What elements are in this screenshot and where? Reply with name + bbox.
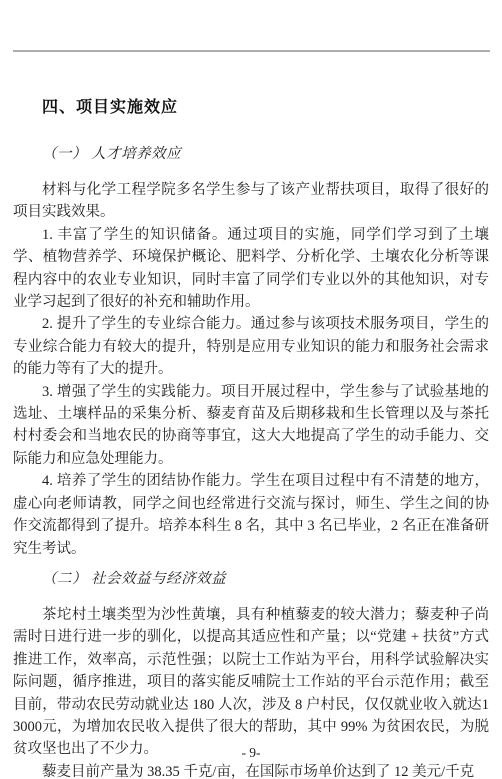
section-talent-effects: （一） 人才培养效应 材料与化学工程学院多名学生参与了该产业帮扶项目，取得了很好…	[13, 145, 489, 560]
paragraph-point-3: 3. 增强了学生的实践能力。项目开展过程中，学生参与了试验基地的选址、土壤样品的…	[13, 381, 489, 471]
document-body: 四、项目实施效应 （一） 人才培养效应 材料与化学工程学院多名学生参与了该产业帮…	[13, 97, 489, 779]
document-page: 四、项目实施效应 （一） 人才培养效应 材料与化学工程学院多名学生参与了该产业帮…	[0, 0, 502, 779]
paragraph-intro: 材料与化学工程学院多名学生参与了该产业帮扶项目，取得了很好的项目实践效果。	[13, 179, 489, 224]
paragraph-village-soil: 茶坨村土壤类型为沙性黄壤，具有种植藜麦的较大潜力；藜麦种子尚需时日进行进一步的驯…	[13, 604, 489, 761]
paragraph-point-2: 2. 提升了学生的专业综合能力。通过参与该项技术服务项目，学生的专业综合能力有较…	[13, 313, 489, 380]
page-number: - 9-	[0, 745, 502, 761]
subheading-social-economic-benefits: （二） 社会效益与经济效益	[42, 570, 489, 589]
header-rule	[13, 50, 490, 52]
subheading-talent-effects: （一） 人才培养效应	[42, 145, 489, 164]
paragraph-point-4: 4. 培养了学生的团结协作能力。学生在项目过程中有不清楚的地方，虚心向老师请教，…	[13, 470, 489, 560]
paragraph-quinoa-yield: 藜麦目前产量为 38.35 千克/亩，在国际市场单价达到了 12 美元/千克	[13, 761, 489, 779]
paragraph-point-1: 1. 丰富了学生的知识储备。通过项目的实施，同学们学习到了土壤学、植物营养学、环…	[13, 224, 489, 314]
document-heading: 四、项目实施效应	[42, 97, 489, 119]
